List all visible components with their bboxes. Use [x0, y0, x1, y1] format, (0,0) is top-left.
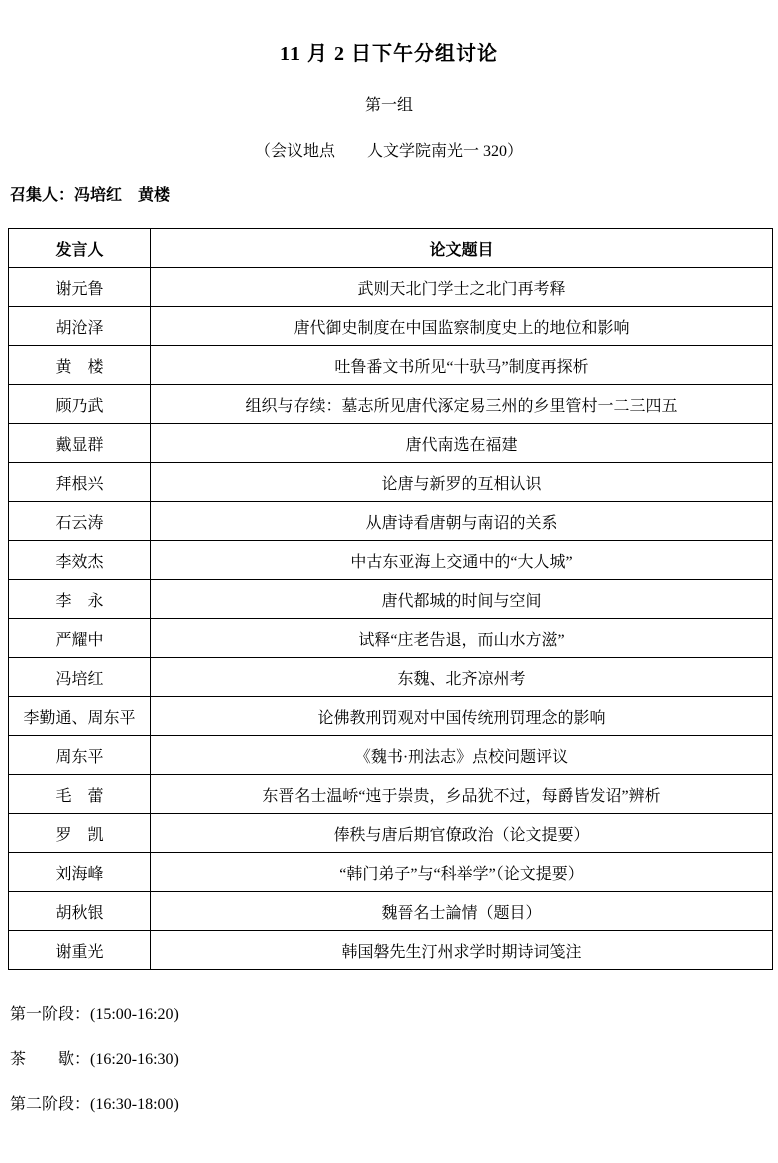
table-row: 毛 蕾东晋名士温峤“迍于崇贵，乡品犹不过，每爵皆发诏”辨析 — [9, 775, 773, 814]
speaker-cell: 李 永 — [9, 580, 151, 619]
page-title: 11 月 2 日下午分组讨论 — [0, 37, 778, 66]
column-header-paper-title: 论文题目 — [151, 229, 773, 268]
column-header-speaker: 发言人 — [9, 229, 151, 268]
table-row: 胡沧泽唐代御史制度在中国监察制度史上的地位和影响 — [9, 307, 773, 346]
speaker-cell: 刘海峰 — [9, 853, 151, 892]
paper-title-cell: 东魏、北齐凉州考 — [151, 658, 773, 697]
speaker-cell: 戴显群 — [9, 424, 151, 463]
paper-title-cell: 武则天北门学士之北门再考释 — [151, 268, 773, 307]
meeting-location: （会议地点 人文学院南光一 320） — [0, 138, 778, 161]
speaker-cell: 李效杰 — [9, 541, 151, 580]
speaker-cell: 谢重光 — [9, 931, 151, 970]
paper-title-cell: 试释“庄老告退，而山水方滋” — [151, 619, 773, 658]
speaker-cell: 李勤通、周东平 — [9, 697, 151, 736]
table-header-row: 发言人 论文题目 — [9, 229, 773, 268]
table-body: 谢元鲁武则天北门学士之北门再考释胡沧泽唐代御史制度在中国监察制度史上的地位和影响… — [9, 268, 773, 970]
paper-title-cell: 组织与存续：墓志所见唐代涿定易三州的乡里管村一二三四五 — [151, 385, 773, 424]
schedule-line: 第二阶段：(16:30-18:00) — [10, 1082, 778, 1127]
table-row: 李效杰中古东亚海上交通中的“大人城” — [9, 541, 773, 580]
paper-title-cell: 唐代御史制度在中国监察制度史上的地位和影响 — [151, 307, 773, 346]
table-row: 李勤通、周东平论佛教刑罚观对中国传统刑罚理念的影响 — [9, 697, 773, 736]
table-row: 黄 楼吐鲁番文书所见“十驮马”制度再探析 — [9, 346, 773, 385]
paper-title-cell: 俸秩与唐后期官僚政治（论文提要） — [151, 814, 773, 853]
paper-title-cell: 论佛教刑罚观对中国传统刑罚理念的影响 — [151, 697, 773, 736]
speaker-cell: 顾乃武 — [9, 385, 151, 424]
table-row: 李 永唐代都城的时间与空间 — [9, 580, 773, 619]
speaker-cell: 石云涛 — [9, 502, 151, 541]
paper-title-cell: 吐鲁番文书所见“十驮马”制度再探析 — [151, 346, 773, 385]
paper-title-cell: “韩门弟子”与“科举学”（论文提要） — [151, 853, 773, 892]
speaker-cell: 胡沧泽 — [9, 307, 151, 346]
speaker-cell: 严耀中 — [9, 619, 151, 658]
conveners-line: 召集人：冯培红 黄楼 — [10, 182, 778, 205]
schedule-line: 第一阶段：(15:00-16:20) — [10, 992, 778, 1037]
paper-title-cell: 从唐诗看唐朝与南诏的关系 — [151, 502, 773, 541]
paper-title-cell: 唐代都城的时间与空间 — [151, 580, 773, 619]
table-row: 拜根兴论唐与新罗的互相认识 — [9, 463, 773, 502]
speaker-cell: 拜根兴 — [9, 463, 151, 502]
paper-title-cell: 《魏书·刑法志》点校问题评议 — [151, 736, 773, 775]
paper-title-cell: 魏晉名士論情（题目） — [151, 892, 773, 931]
table-row: 戴显群唐代南选在福建 — [9, 424, 773, 463]
paper-title-cell: 东晋名士温峤“迍于崇贵，乡品犹不过，每爵皆发诏”辨析 — [151, 775, 773, 814]
paper-title-cell: 中古东亚海上交通中的“大人城” — [151, 541, 773, 580]
document-page: 11 月 2 日下午分组讨论 第一组 （会议地点 人文学院南光一 320） 召集… — [0, 0, 778, 1163]
speaker-cell: 冯培红 — [9, 658, 151, 697]
table-row: 胡秋银魏晉名士論情（题目） — [9, 892, 773, 931]
group-label: 第一组 — [0, 92, 778, 115]
table-row: 石云涛从唐诗看唐朝与南诏的关系 — [9, 502, 773, 541]
speaker-cell: 周东平 — [9, 736, 151, 775]
speakers-table: 发言人 论文题目 谢元鲁武则天北门学士之北门再考释胡沧泽唐代御史制度在中国监察制… — [8, 228, 773, 970]
paper-title-cell: 论唐与新罗的互相认识 — [151, 463, 773, 502]
table-row: 周东平《魏书·刑法志》点校问题评议 — [9, 736, 773, 775]
table-row: 罗 凯俸秩与唐后期官僚政治（论文提要） — [9, 814, 773, 853]
speaker-cell: 罗 凯 — [9, 814, 151, 853]
speaker-cell: 黄 楼 — [9, 346, 151, 385]
schedule-section: 第一阶段：(15:00-16:20)茶 歇：(16:20-16:30)第二阶段：… — [10, 992, 778, 1127]
schedule-line: 茶 歇：(16:20-16:30) — [10, 1037, 778, 1082]
paper-title-cell: 韩国磐先生汀州求学时期诗词笺注 — [151, 931, 773, 970]
table-row: 顾乃武组织与存续：墓志所见唐代涿定易三州的乡里管村一二三四五 — [9, 385, 773, 424]
table-row: 冯培红东魏、北齐凉州考 — [9, 658, 773, 697]
table-row: 谢重光韩国磐先生汀州求学时期诗词笺注 — [9, 931, 773, 970]
speaker-cell: 谢元鲁 — [9, 268, 151, 307]
table-row: 刘海峰“韩门弟子”与“科举学”（论文提要） — [9, 853, 773, 892]
table-row: 严耀中试释“庄老告退，而山水方滋” — [9, 619, 773, 658]
speaker-cell: 胡秋银 — [9, 892, 151, 931]
table-row: 谢元鲁武则天北门学士之北门再考释 — [9, 268, 773, 307]
speaker-cell: 毛 蕾 — [9, 775, 151, 814]
paper-title-cell: 唐代南选在福建 — [151, 424, 773, 463]
